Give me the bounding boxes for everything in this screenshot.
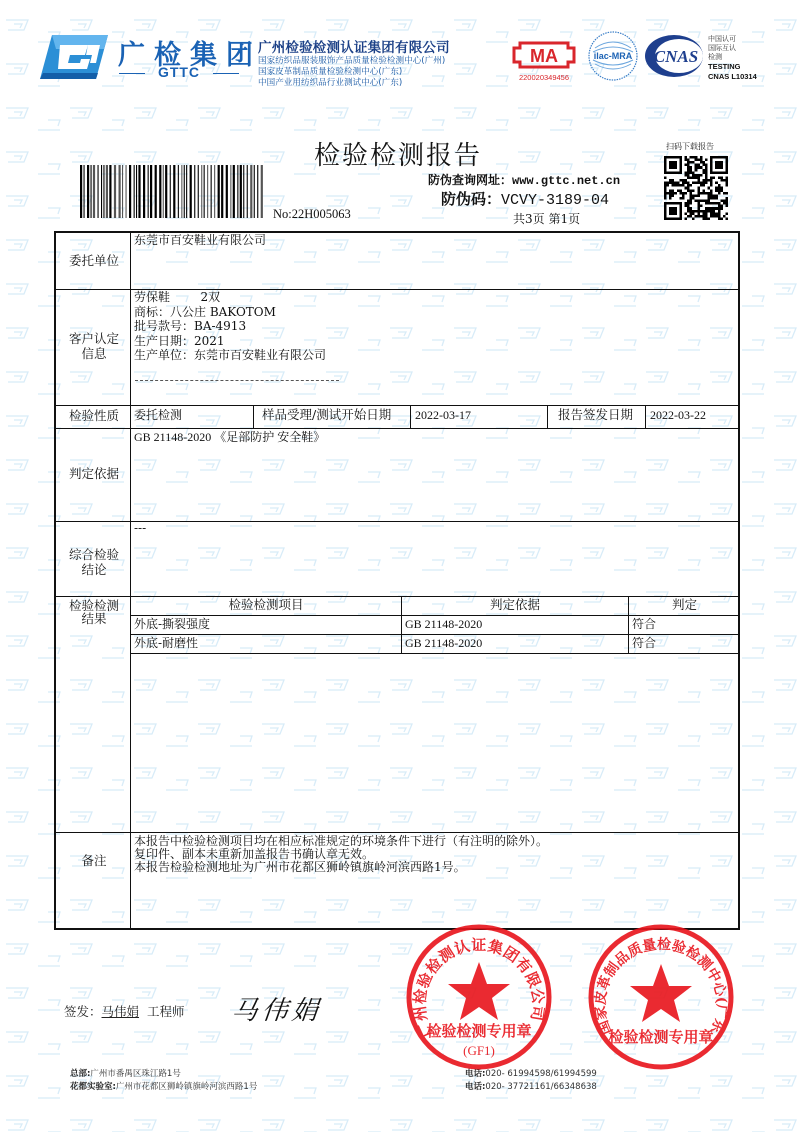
svg-text:检验检测专用章: 检验检测专用章 bbox=[608, 1028, 713, 1046]
gttc-logo-icon bbox=[38, 33, 110, 81]
basis-value: GB 21148-2020 《足部防护 安全鞋》 bbox=[134, 430, 325, 445]
anti-fake-code-value: VCVY-3189-04 bbox=[501, 192, 609, 209]
customer-info-line: 商标：八公庄 BAKOTOM bbox=[134, 305, 326, 320]
results-row-item: 外底-耐磨性 bbox=[134, 636, 198, 651]
signer-name: 马伟娟 bbox=[102, 1004, 140, 1019]
results-row-basis: GB 21148-2020 bbox=[405, 617, 482, 632]
report-number-label: No: bbox=[273, 207, 292, 221]
divider bbox=[547, 405, 548, 428]
svg-text:CNAS: CNAS bbox=[654, 47, 698, 66]
customer-info-list: 劳保鞋 2双 商标：八公庄 BAKOTOM 批号款号：BA-4913 生产日期：… bbox=[134, 290, 326, 363]
remarks-label: 备注 bbox=[56, 853, 132, 868]
remarks-list: 本报告中检验检测项目均在相应标准规定的环境条件下进行（有注明的除外）。 复印件、… bbox=[134, 835, 548, 874]
footer-lab-label: 花都实验室: bbox=[70, 1082, 116, 1092]
customer-info-label-line: 客户认定 bbox=[56, 331, 132, 346]
divider bbox=[56, 428, 738, 429]
footer-phone-label: 电话: bbox=[465, 1082, 485, 1092]
svg-text:MA: MA bbox=[530, 46, 558, 66]
divider bbox=[56, 521, 738, 522]
report-table: 委托单位 东莞市百安鞋业有限公司 客户认定 信息 劳保鞋 2双 商标：八公庄 B… bbox=[54, 231, 740, 930]
results-label: 检验检测 结果 bbox=[56, 599, 132, 625]
organization-sub-3: 中国产业用纺织品行业测试中心(广东) bbox=[258, 76, 402, 88]
conclusion-label-line: 综合检验 bbox=[56, 547, 132, 562]
conclusion-label-line: 结论 bbox=[56, 562, 132, 577]
handwritten-signature: 马伟娟 bbox=[230, 990, 324, 1027]
divider bbox=[119, 73, 145, 74]
ilac-mra-logo-icon: ilac-MRA bbox=[587, 30, 639, 82]
divider bbox=[253, 405, 254, 428]
report-number-value: 22H005063 bbox=[292, 207, 351, 221]
qr-code-icon[interactable] bbox=[664, 156, 728, 220]
divider bbox=[645, 405, 646, 428]
cma-number: 220020349456 bbox=[512, 73, 576, 82]
customer-info-line: 劳保鞋 2双 bbox=[134, 290, 326, 305]
svg-text:ilac-MRA: ilac-MRA bbox=[594, 51, 633, 61]
divider bbox=[56, 405, 738, 406]
customer-info-line: 生产日期：2021 bbox=[134, 334, 326, 349]
divider bbox=[410, 405, 411, 428]
report-number: No:22H005063 bbox=[273, 207, 351, 222]
conclusion-label: 综合检验 结论 bbox=[56, 547, 132, 577]
client-label: 委托单位 bbox=[56, 253, 132, 268]
footer-addresses: 总部:广州市番禺区珠江路1号 花都实验室:广州市花都区狮岭镇旗岭河滨西路1号 bbox=[70, 1068, 257, 1094]
results-header-item: 检验检测项目 bbox=[131, 598, 401, 613]
nature-value: 委托检测 bbox=[134, 408, 182, 423]
footer-lab-phone: 电话:020- 37721161/66348638 bbox=[465, 1081, 597, 1094]
anti-fake-url-label: 防伪查询网址： bbox=[428, 173, 512, 187]
divider bbox=[56, 832, 738, 833]
client-value: 东莞市百安鞋业有限公司 bbox=[134, 233, 266, 248]
issue-date-value: 2022-03-22 bbox=[650, 408, 706, 423]
anti-fake-url: 防伪查询网址：www.gttc.net.cn bbox=[428, 171, 620, 188]
sample-date-value: 2022-03-17 bbox=[415, 408, 471, 423]
issue-date-label: 报告签发日期 bbox=[558, 408, 633, 423]
cma-icon: MA bbox=[512, 40, 576, 70]
sample-date-label: 样品受理/测试开始日期 bbox=[262, 408, 391, 423]
anti-fake-url-link[interactable]: www.gttc.net.cn bbox=[512, 174, 620, 188]
divider bbox=[213, 73, 239, 74]
results-header-verdict: 判定 bbox=[629, 598, 740, 613]
basis-label: 判定依据 bbox=[56, 466, 132, 481]
results-row-item: 外底-撕裂强度 bbox=[134, 617, 210, 632]
svg-text:检验检测专用章: 检验检测专用章 bbox=[426, 1022, 531, 1040]
customer-info-label: 客户认定 信息 bbox=[56, 331, 132, 361]
results-row-verdict: 符合 bbox=[632, 636, 656, 651]
customer-info-line: 批号款号：BA-4913 bbox=[134, 319, 326, 334]
conclusion-value: --- bbox=[134, 521, 146, 536]
signer-title: 工程师 bbox=[147, 1004, 185, 1019]
results-row-verdict: 符合 bbox=[632, 617, 656, 632]
svg-text:(GF1): (GF1) bbox=[463, 1043, 495, 1058]
end-dashed-line bbox=[135, 380, 339, 381]
seal-leather-center-icon: 国家皮革制品质量检验检测中心(广东) 检验检测专用章 bbox=[586, 922, 736, 1072]
anti-fake-code-label: 防伪码： bbox=[441, 190, 501, 208]
cma-certification-logo: MA 220020349456 bbox=[512, 40, 576, 82]
results-table: 检验检测项目 判定依据 判定 外底-撕裂强度 GB 21148-2020 符合 … bbox=[131, 597, 740, 654]
footer-lab: 花都实验室:广州市花都区狮岭镇旗岭河滨西路1号 bbox=[70, 1081, 257, 1094]
divider bbox=[131, 653, 740, 654]
organization-name: 广州检验检测认证集团有限公司 bbox=[258, 36, 450, 56]
nature-label: 检验性质 bbox=[56, 408, 132, 423]
brand-name-en-block: GTTC bbox=[115, 66, 243, 80]
results-label-line: 结果 bbox=[56, 612, 132, 625]
cnas-text-line: 检测 bbox=[708, 53, 757, 62]
brand-name-en: GTTC bbox=[153, 64, 205, 80]
cnas-text-line: 中国认可 bbox=[708, 35, 757, 44]
signature-label: 签发： bbox=[64, 1004, 102, 1019]
remarks-line: 本报告检验检测地址为广州市花都区狮岭镇旗岭河滨西路1号。 bbox=[134, 861, 548, 874]
cnas-testing-label: TESTING bbox=[708, 62, 741, 71]
cnas-code: CNAS L10314 bbox=[708, 72, 757, 81]
report-title: 检验检测报告 bbox=[314, 135, 482, 172]
cnas-logo-icon: CNAS bbox=[643, 33, 705, 79]
divider bbox=[131, 615, 740, 616]
results-row-basis: GB 21148-2020 bbox=[405, 636, 482, 651]
anti-fake-code: 防伪码：VCVY-3189-04 bbox=[441, 188, 609, 209]
qr-label: 扫码下载报告 bbox=[666, 141, 714, 152]
seal-gttc-icon: 广州检验检测认证集团有限公司 检验检测专用章 (GF1) bbox=[404, 922, 554, 1072]
signature-block: 签发：马伟娟 工程师 bbox=[64, 1002, 185, 1020]
customer-info-line: 生产单位：东莞市百安鞋业有限公司 bbox=[134, 348, 326, 363]
cnas-text-line: 国际互认 bbox=[708, 44, 757, 53]
customer-info-label-line: 信息 bbox=[56, 346, 132, 361]
footer-lab-address: 广州市花都区狮岭镇旗岭河滨西路1号 bbox=[116, 1082, 257, 1092]
footer-phone-value: 020- 37721161/66348638 bbox=[485, 1082, 596, 1092]
results-header-basis: 判定依据 bbox=[402, 598, 628, 613]
cnas-accreditation-text: 中国认可 国际互认 检测 TESTING CNAS L10314 bbox=[708, 35, 757, 82]
barcode-icon bbox=[80, 165, 266, 218]
footer-hq-address: 广州市番禺区珠江路1号 bbox=[90, 1069, 180, 1079]
footer-hq: 总部:广州市番禺区珠江路1号 bbox=[70, 1068, 257, 1081]
page-info: 共3页 第1页 bbox=[513, 210, 580, 227]
divider bbox=[131, 634, 740, 635]
footer-hq-label: 总部: bbox=[70, 1069, 90, 1079]
